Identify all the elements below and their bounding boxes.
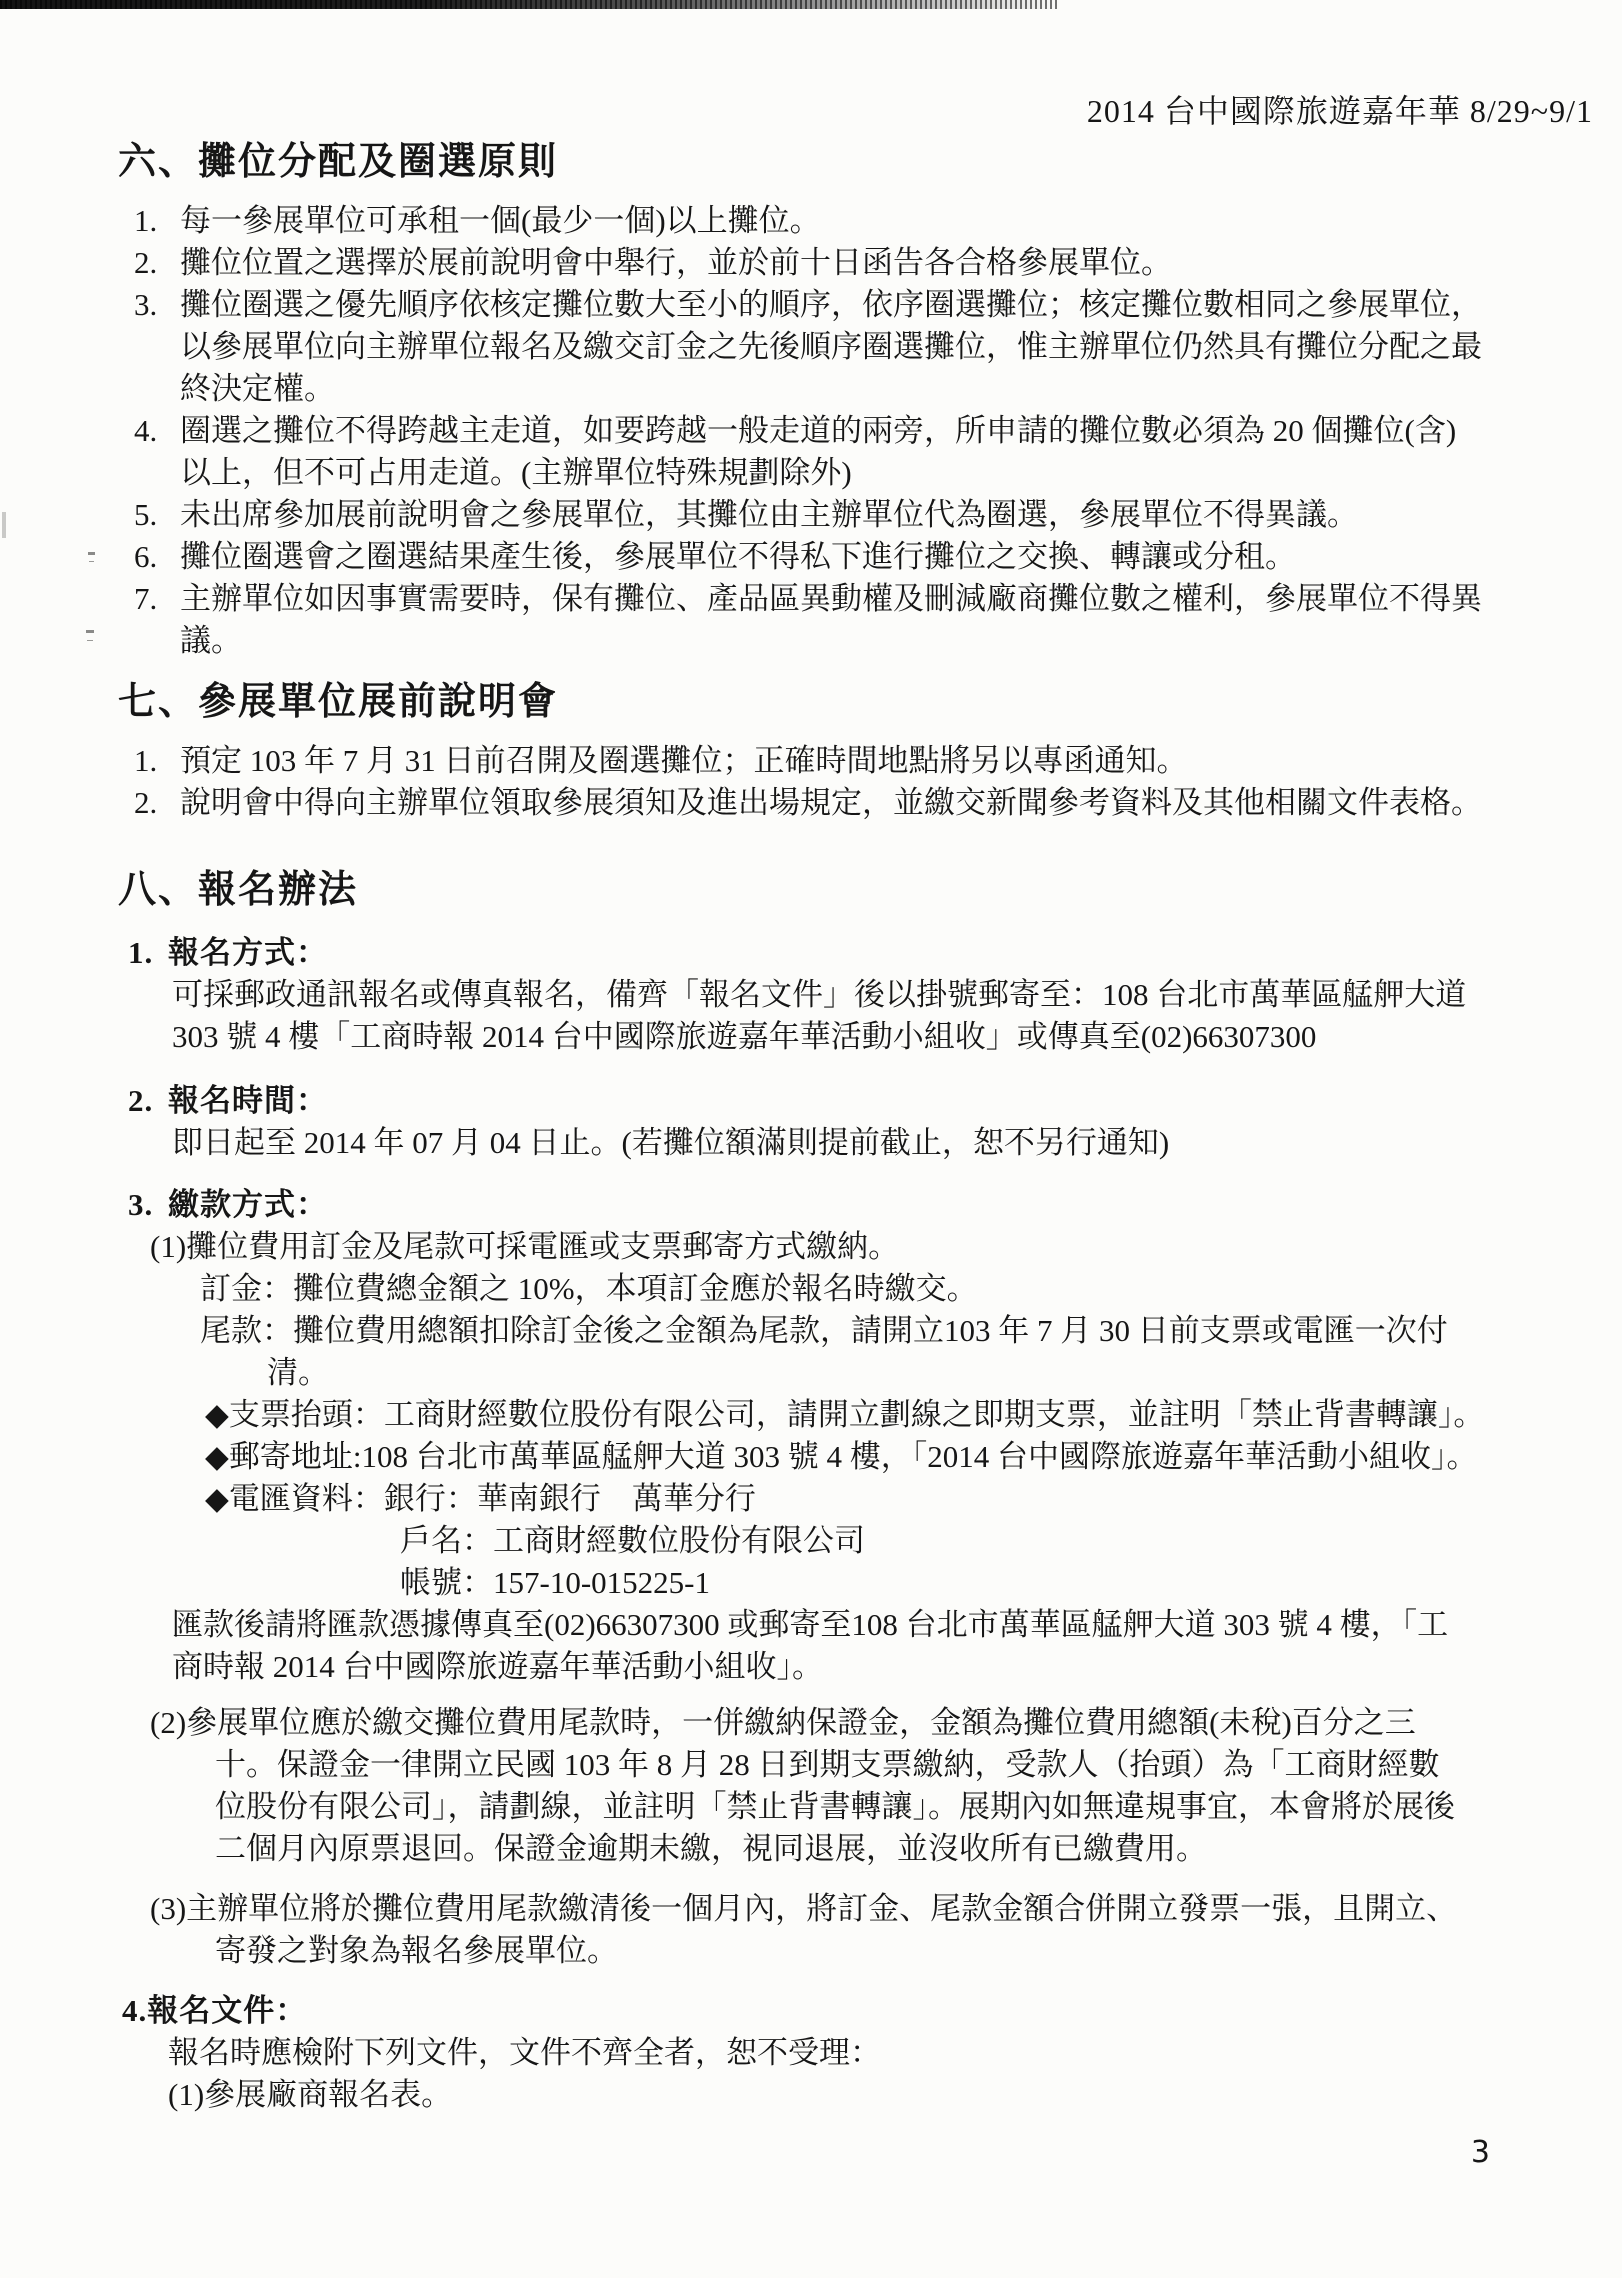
list-item: 2.攤位位置之選擇於展前說明會中舉行，並於前十日函告各合格參展單位。	[134, 242, 1622, 284]
list-item: 5.未出席參加展前說明會之參展單位，其攤位由主辦單位代為圈選，參展單位不得異議。	[134, 494, 1622, 536]
list-item-number: 1.	[134, 200, 180, 242]
list-item-number: 2.	[134, 782, 180, 824]
text-line: 位股份有限公司」，請劃線，並註明「禁止背書轉讓」。展期內如無違規事宜，本會將於展…	[215, 1786, 1622, 1828]
page-footer: 3	[0, 2132, 1622, 2174]
subsection-heading: 2.報名時間：	[128, 1080, 1622, 1122]
list-item: 6.攤位圈選會之圈選結果產生後，參展單位不得私下進行攤位之交換、轉讓或分租。	[134, 536, 1622, 578]
list-item-number: 4.	[122, 1990, 147, 2032]
text-line: 終決定權。	[180, 368, 1622, 410]
list-item: 3.攤位圈選之優先順序依核定攤位數大至小的順序，依序圈選攤位；核定攤位數相同之參…	[134, 284, 1622, 326]
header-title: 2014 台中國際旅遊嘉年華 8/29~9/1	[1087, 93, 1593, 129]
list-item-number: 2.	[128, 1080, 168, 1122]
text-line: 支票抬頭：工商財經數位股份有限公司，請開立劃線之即期支票，並註明「禁止背書轉讓」…	[229, 1397, 1485, 1432]
subsection-label: 報名方式：	[168, 935, 328, 970]
list-item: 1.每一參展單位可承租一個(最少一個)以上攤位。	[134, 200, 1622, 242]
subsection-heading: 1.報名方式：	[128, 932, 1622, 974]
text-line: 以參展單位向主辦單位報名及繳交訂金之先後順序圈選攤位，惟主辦單位仍然具有攤位分配…	[180, 326, 1622, 368]
section-8-title: 八、報名辦法	[118, 866, 1622, 914]
list-item: 2.說明會中得向主辦單位領取參展須知及進出場規定，並繳交新聞參考資料及其他相關文…	[134, 782, 1622, 824]
text-line: 議。	[180, 620, 1622, 662]
list-item: 1.預定 103 年 7 月 31 日前召開及圈選攤位；正確時間地點將另以專函通…	[134, 740, 1622, 782]
text-line: (3)主辦單位將於攤位費用尾款繳清後一個月內，將訂金、尾款金額合併開立發票一張，…	[150, 1888, 1622, 1930]
check-payee-line: ◆支票抬頭：工商財經數位股份有限公司，請開立劃線之即期支票，並註明「禁止背書轉讓…	[205, 1394, 1622, 1436]
list-item-number: 3.	[128, 1184, 168, 1226]
text-line: 報名時應檢附下列文件，文件不齊全者，恕不受理：	[168, 2032, 1622, 2074]
subsection-heading: 3.繳款方式：	[128, 1184, 1622, 1226]
text-line: 攤位圈選會之圈選結果產生後，參展單位不得私下進行攤位之交換、轉讓或分租。	[180, 539, 1296, 574]
balance-line: 尾款：攤位費用總額扣除訂金後之金額為尾款，請開立103 年 7 月 30 日前支…	[200, 1310, 1622, 1352]
diamond-bullet-icon: ◆	[205, 1439, 229, 1474]
text-line: 即日起至 2014 年 07 月 04 日止。(若攤位額滿則提前截止，恕不另行通…	[172, 1122, 1622, 1164]
list-item-number: 7.	[134, 578, 180, 620]
text-line: 清。	[267, 1352, 1622, 1394]
scan-artifact-speck	[2, 512, 6, 538]
text-line: 寄發之對象為報名參展單位。	[215, 1930, 1622, 1972]
list-item-number: 4.	[134, 410, 180, 452]
list-item-number: 3.	[134, 284, 180, 326]
text-line: 十。保證金一律開立民國 103 年 8 月 28 日到期支票繳納，受款人（抬頭）…	[215, 1744, 1622, 1786]
diamond-bullet-icon: ◆	[205, 1397, 229, 1432]
text-line: 商時報 2014 台中國際旅遊嘉年華活動小組收」。	[172, 1646, 1622, 1688]
section-7-list: 1.預定 103 年 7 月 31 日前召開及圈選攤位；正確時間地點將另以專函通…	[0, 740, 1622, 824]
scan-artifact-speck	[86, 630, 94, 633]
text-line: 郵寄地址:108 台北市萬華區艋舺大道 303 號 4 樓，「2014 台中國際…	[229, 1439, 1478, 1474]
subsection-label: 報名時間：	[168, 1083, 328, 1118]
text-line: 每一參展單位可承租一個(最少一個)以上攤位。	[180, 203, 821, 238]
text-line: (2)參展單位應於繳交攤位費用尾款時，一併繳納保證金，金額為攤位費用總額(未稅)…	[150, 1702, 1622, 1744]
text-line: 主辦單位如因事實需要時，保有攤位、產品區異動權及刪減廠商攤位數之權利，參展單位不…	[180, 581, 1482, 616]
wire-info-line: ◆電匯資料：銀行：華南銀行 萬華分行	[205, 1478, 1622, 1520]
text-line: 二個月內原票退回。保證金逾期未繳，視同退展，並沒收所有已繳費用。	[215, 1828, 1622, 1870]
text-line: 攤位圈選之優先順序依核定攤位數大至小的順序，依序圈選攤位；核定攤位數相同之參展單…	[180, 287, 1482, 322]
list-item-number: 2.	[134, 242, 180, 284]
section-6-list: 1.每一參展單位可承租一個(最少一個)以上攤位。 2.攤位位置之選擇於展前說明會…	[0, 200, 1622, 662]
text-line: 攤位位置之選擇於展前說明會中舉行，並於前十日函告各合格參展單位。	[180, 245, 1172, 280]
text-line: (1)參展廠商報名表。	[168, 2074, 1622, 2116]
text-line: 以上，但不可占用走道。(主辦單位特殊規劃除外)	[180, 452, 1622, 494]
list-item-number: 6.	[134, 536, 180, 578]
subsection-label: 繳款方式：	[168, 1187, 328, 1222]
text-line: 圈選之攤位不得跨越主走道，如要跨越一般走道的兩旁，所申請的攤位數必須為 20 個…	[180, 413, 1456, 448]
list-item-number: 1.	[128, 932, 168, 974]
text-line: 說明會中得向主辦單位領取參展須知及進出場規定，並繳交新聞參考資料及其他相關文件表…	[180, 785, 1482, 820]
diamond-bullet-icon: ◆	[205, 1481, 229, 1516]
list-item-number: 1.	[134, 740, 180, 782]
text-line: 預定 103 年 7 月 31 日前召開及圈選攤位；正確時間地點將另以專函通知。	[180, 743, 1188, 778]
text-line: 匯款後請將匯款憑據傳真至(02)66307300 或郵寄至108 台北市萬華區艋…	[172, 1604, 1622, 1646]
page-number: 3	[1471, 2135, 1490, 2170]
document-page: 2014 台中國際旅遊嘉年華 8/29~9/1 六、攤位分配及圈選原則 1.每一…	[0, 0, 1622, 2278]
scan-artifact-streak	[0, 0, 1060, 9]
text-line: 未出席參加展前說明會之參展單位，其攤位由主辦單位代為圈選，參展單位不得異議。	[180, 497, 1358, 532]
list-item: 7.主辦單位如因事實需要時，保有攤位、產品區異動權及刪減廠商攤位數之權利，參展單…	[134, 578, 1622, 620]
text-line: (1)攤位費用訂金及尾款可採電匯或支票郵寄方式繳納。	[150, 1226, 1622, 1268]
deposit-line: 訂金：攤位費總金額之 10%，本項訂金應於報名時繳交。	[200, 1268, 1622, 1310]
page-header: 2014 台中國際旅遊嘉年華 8/29~9/1	[0, 90, 1622, 132]
scan-artifact-speck	[88, 552, 95, 555]
text-line: 303 號 4 樓「工商時報 2014 台中國際旅遊嘉年華活動小組收」或傳真至(…	[172, 1016, 1622, 1058]
text-line: 電匯資料：銀行：華南銀行 萬華分行	[229, 1481, 756, 1516]
subsection-label: 報名文件：	[147, 1993, 307, 2028]
list-item-number: 5.	[134, 494, 180, 536]
section-6-title: 六、攤位分配及圈選原則	[118, 138, 1622, 186]
section-7-title: 七、參展單位展前說明會	[118, 678, 1622, 726]
mail-address-line: ◆郵寄地址:108 台北市萬華區艋舺大道 303 號 4 樓，「2014 台中國…	[205, 1436, 1622, 1478]
subsection-heading: 4.報名文件：	[122, 1990, 1622, 2032]
account-number-line: 帳號：157-10-015225-1	[400, 1562, 1622, 1604]
account-name-line: 戶名：工商財經數位股份有限公司	[400, 1520, 1622, 1562]
text-line: 可採郵政通訊報名或傳真報名，備齊「報名文件」後以掛號郵寄至：108 台北市萬華區…	[172, 974, 1622, 1016]
list-item: 4.圈選之攤位不得跨越主走道，如要跨越一般走道的兩旁，所申請的攤位數必須為 20…	[134, 410, 1622, 452]
